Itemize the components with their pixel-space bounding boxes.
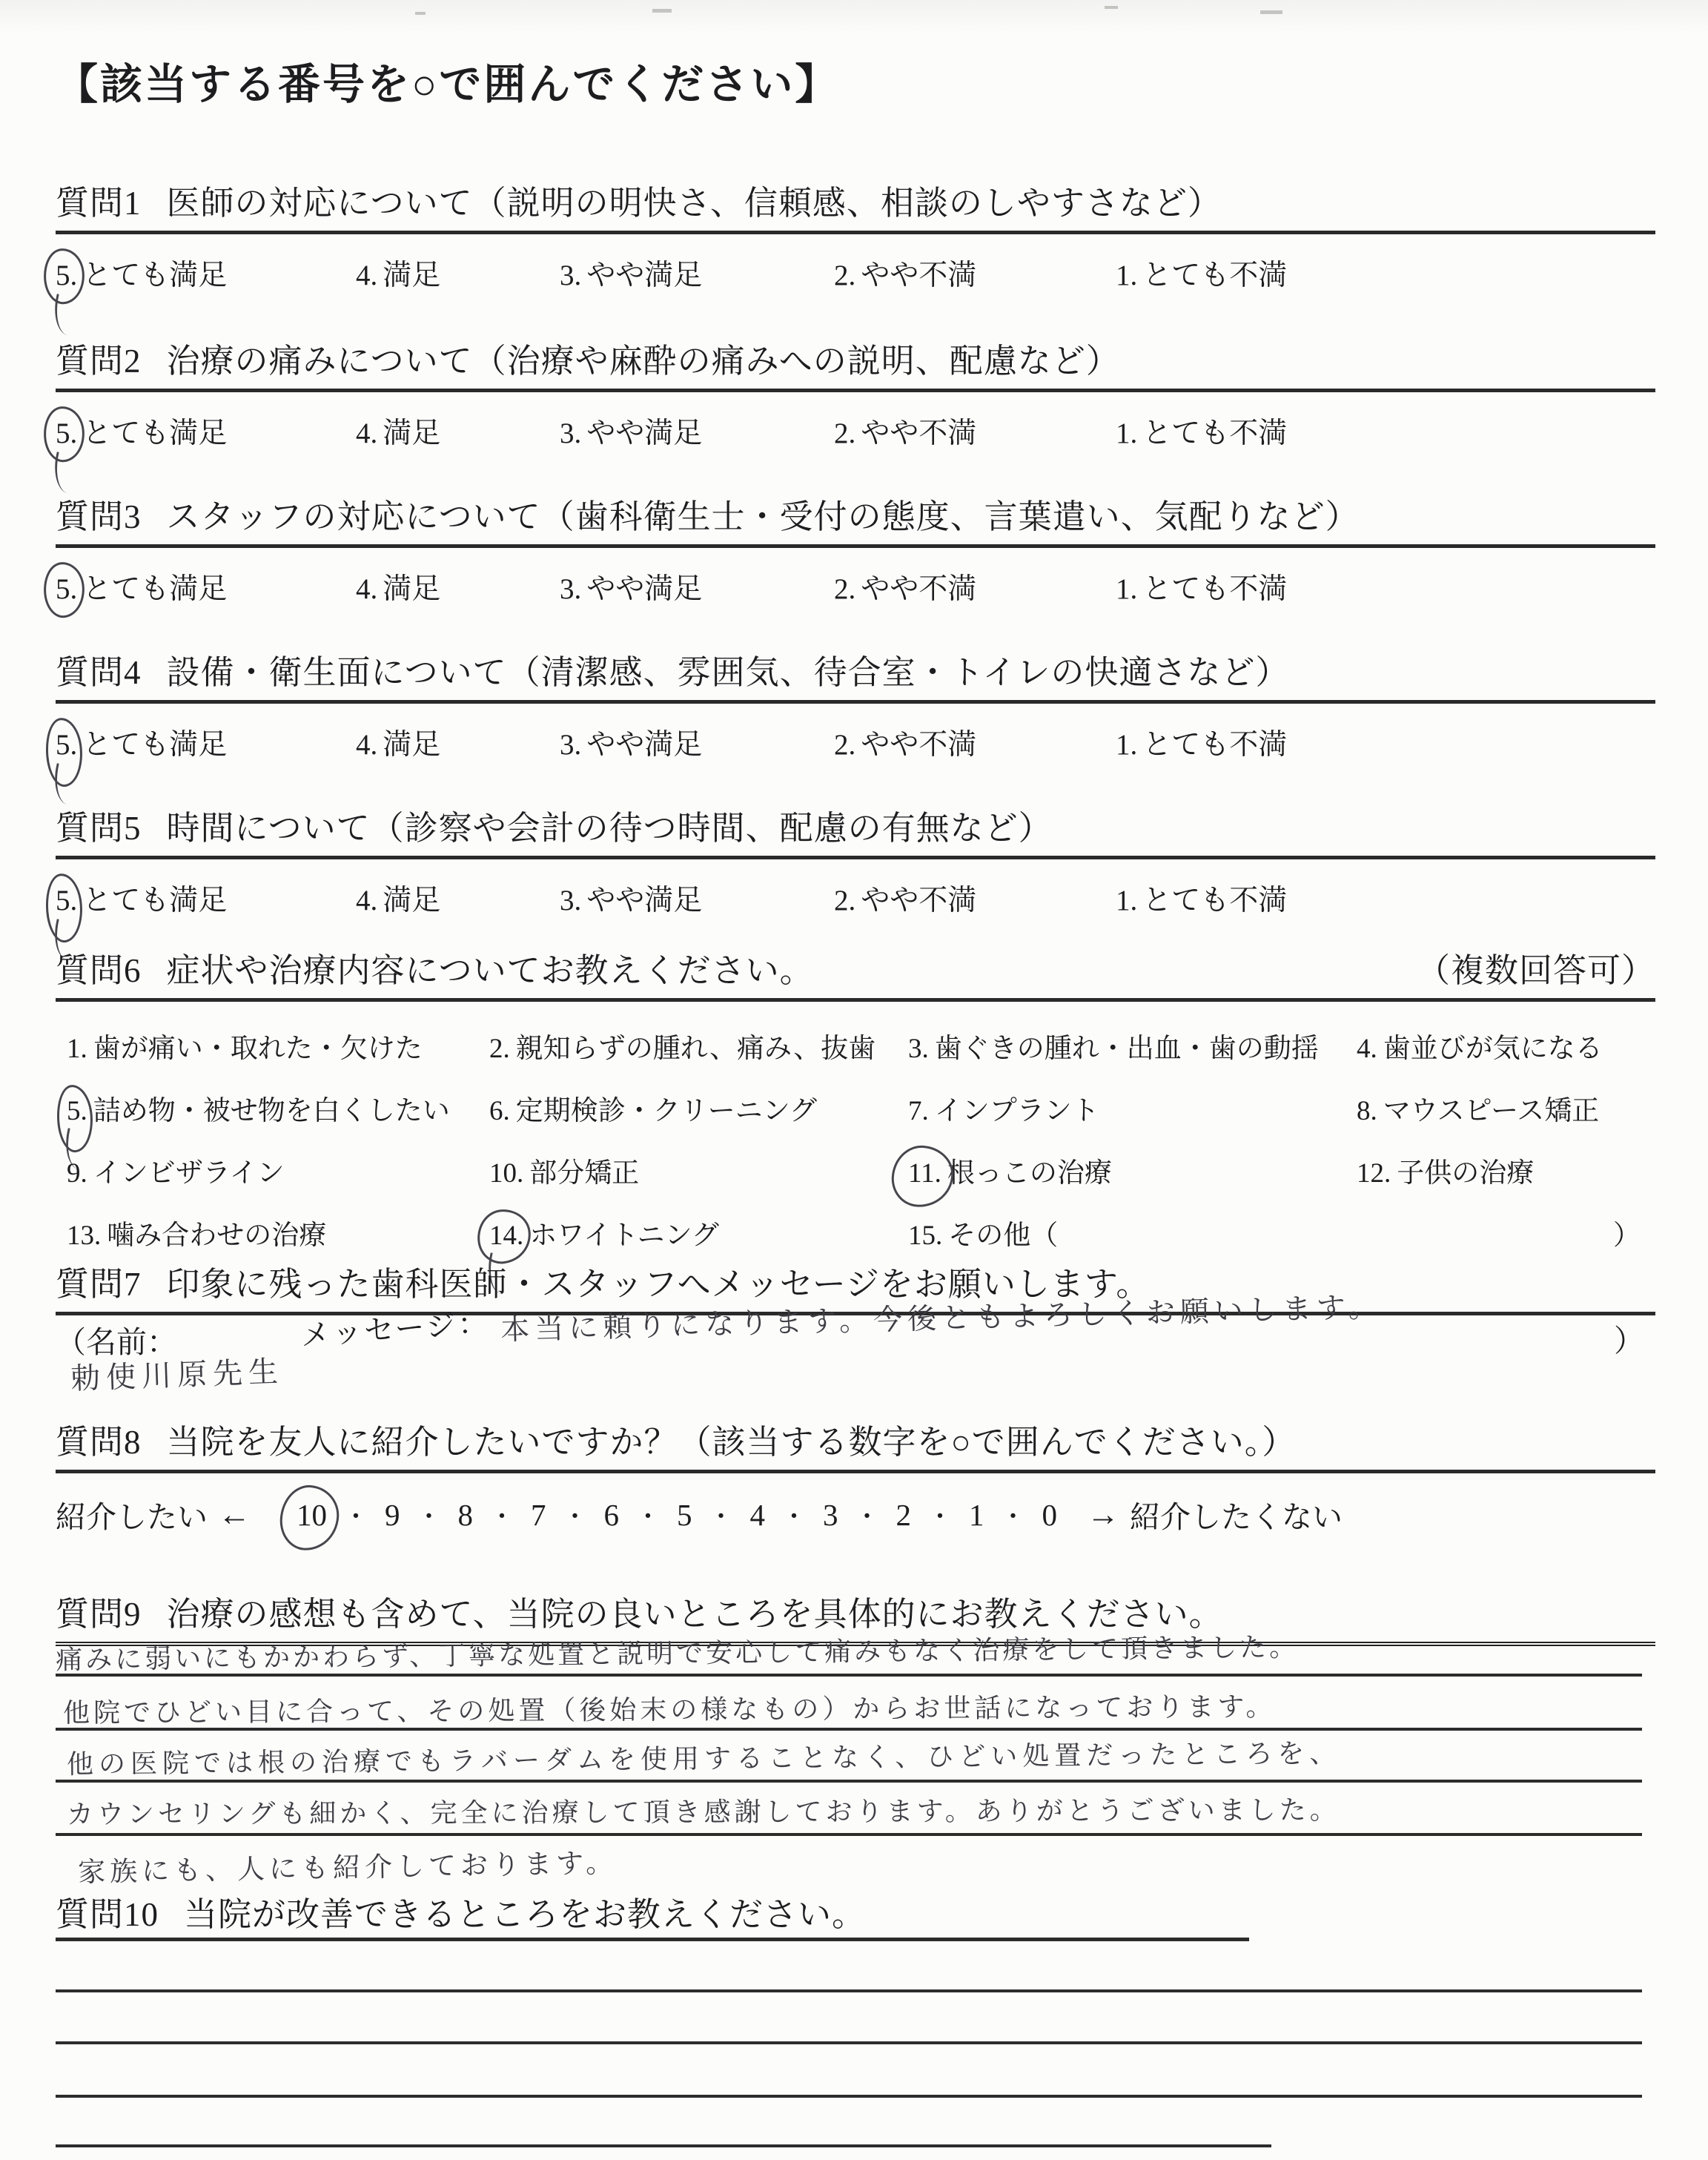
q6-option-10: 10.部分矯正 [489,1150,908,1190]
question-number: 質問7 [56,1257,142,1305]
rating-option-label: とても不満 [1142,573,1287,605]
rating-option-label: とても不満 [1142,885,1287,916]
q6-option-6: 6.定期検診・クリーニング [489,1088,908,1128]
question-title: スタッフの対応について（歯科衛生士・受付の態度、言葉遣い、気配りなど） [167,489,1360,538]
rating-option-3: 3.やや満足 [560,410,834,452]
question-5-heading: 質問5 時間について（診察や会計の待つ時間、配慮の有無など） [56,801,1655,849]
option-number: 12. [1357,1157,1391,1189]
option-number: 4. [356,884,377,917]
circled-answer-mark: 5. [67,1095,87,1127]
q6-option-7: 7.インプラント [908,1088,1357,1128]
rating-option-label: やや不満 [861,729,976,761]
option-number: 4. [356,417,377,450]
option-label: その他（ [948,1221,1058,1251]
option-label: マウスピース矯正 [1383,1096,1600,1126]
scale-number: 7 [531,1497,546,1533]
scale-number: 4 [750,1497,766,1533]
circled-answer-mark: 5. [56,259,77,292]
rating-option-1: 1.とても不満 [1116,877,1287,919]
rating-option-3: 3.やや満足 [560,566,834,607]
rating-option-label: とても不満 [1142,729,1287,761]
option-label: 親知らずの腫れ、痛み、抜歯 [516,1034,875,1064]
handwritten-doctor-name: 勅使川原先生 [70,1348,285,1398]
option-number: 4. [356,572,377,606]
rating-option-5: 5.とても満足 [56,410,356,452]
question-3-heading: 質問3 スタッフの対応について（歯科衛生士・受付の態度、言葉遣い、気配りなど） [56,489,1655,538]
rating-options-row: 5.とても満足 4.満足 3.やや満足 2.やや不満 1.とても不満 [56,877,1655,919]
scale-number: 9 [385,1497,400,1533]
circled-answer-mark: 5. [56,572,77,606]
rating-option-3: 3.やや満足 [560,721,834,763]
option-number: 3. [560,417,581,450]
option-label: 歯ぐきの腫れ・出血・歯の動揺 [935,1034,1319,1064]
q6-option-11: 11.根っこの治療 [908,1150,1357,1190]
rating-options-row: 5.とても満足 4.満足 3.やや満足 2.やや不満 1.とても不満 [56,410,1655,452]
rating-option-label: やや満足 [586,260,702,291]
q6-option-4: 4.歯並びが気になる [1357,1025,1655,1066]
q6-option-9: 9.インビザライン [67,1150,489,1190]
multiple-answers-note: （複数回答可） [1417,943,1655,991]
rating-option-2: 2.やや不満 [834,566,1116,607]
rating-options-row: 5.とても満足 4.満足 3.やや満足 2.やや不満 1.とても不満 [56,566,1655,607]
question-1-section: 質問1 医師の対応について（説明の明快さ、信頼感、相談のしやすさなど） 5.とて… [56,176,1655,294]
rating-option-4: 4.満足 [356,252,560,294]
rating-option-4: 4.満足 [356,410,560,452]
question-number: 質問5 [56,801,142,849]
question-6-heading: 質問6 症状や治療内容についてお教えください。 （複数回答可） [56,943,1655,991]
rating-option-5: 5.とても満足 [56,252,356,294]
question-title: 時間について（診察や会計の待つ時間、配慮の有無など） [167,801,1053,849]
q6-option-3: 3.歯ぐきの腫れ・出血・歯の動揺 [908,1025,1357,1066]
rating-option-label: やや不満 [861,260,976,291]
question-title: 治療の痛みについて（治療や麻酔の痛みへの説明、配慮など） [167,334,1120,382]
question-title: 症状や治療内容についてお教えください。 [167,943,814,991]
rating-option-4: 4.満足 [356,877,560,919]
left-arrow: ← [218,1496,251,1533]
scan-speck [415,12,426,15]
dot-separator: ・ [343,1496,368,1533]
rating-options-row: 5.とても満足 4.満足 3.やや満足 2.やや不満 1.とても不満 [56,721,1655,763]
option-number: 6. [489,1095,510,1127]
option-number: 2. [834,417,855,450]
question-7-section: 質問7 印象に残った歯科医師・スタッフへメッセージをお願いします。 （名前： 勅… [56,1257,1655,1413]
option-number: 2. [834,259,855,292]
option-number: 3. [560,884,581,917]
rating-option-1: 1.とても不満 [1116,252,1287,294]
q6-option-2: 2.親知らずの腫れ、痛み、抜歯 [489,1025,908,1066]
dot-separator: ・ [1001,1496,1026,1533]
answer-line [56,2041,1642,2044]
scale-number: 1 [969,1497,984,1533]
scan-edge-artifact [0,0,1708,34]
question-title: 治療の感想も含めて、当院の良いところを具体的にお教えください。 [167,1587,1223,1635]
option-number: 2. [834,884,855,917]
dot-separator: ・ [781,1496,807,1533]
rating-option-1: 1.とても不満 [1116,566,1287,607]
option-number: 3. [560,572,581,606]
q6-option-8: 8.マウスピース矯正 [1357,1088,1655,1128]
question-8-section: 質問8 当院を友人に紹介したいですか？（該当する数字を○で囲んでください。） 紹… [56,1415,1655,1536]
divider [56,856,1655,859]
option-label: インプラント [935,1096,1099,1126]
question-2-heading: 質問2 治療の痛みについて（治療や麻酔の痛みへの説明、配慮など） [56,334,1655,382]
dot-separator: ・ [563,1496,588,1533]
scale-left-label: 紹介したい [56,1493,208,1536]
circled-answer-mark: 5. [56,728,77,762]
rating-option-5: 5.とても満足 [56,566,356,607]
option-number: 1. [67,1033,87,1065]
question-number: 質問8 [56,1415,142,1463]
rating-option-label: 満足 [383,417,440,449]
page-title: 【該当する番号を○で囲んでください】 [56,50,839,111]
option-number: 4. [356,728,377,762]
option-number: 3. [908,1033,929,1065]
rating-option-label: とても満足 [82,573,227,605]
rating-option-1: 1.とても不満 [1116,721,1287,763]
rating-option-3: 3.やや満足 [560,877,834,919]
rating-option-label: 満足 [383,729,440,761]
question-number: 質問4 [56,645,142,693]
dot-separator: ・ [855,1496,880,1533]
answer-line [56,1833,1642,1836]
answer-line [56,1780,1642,1783]
question-title: 当院を友人に紹介したいですか？（該当する数字を○で囲んでください。） [167,1415,1297,1463]
option-number: 2. [834,728,855,762]
question-8-heading: 質問8 当院を友人に紹介したいですか？（該当する数字を○で囲んでください。） [56,1415,1655,1463]
question-9-heading: 質問9 治療の感想も含めて、当院の良いところを具体的にお教えください。 [56,1587,1655,1635]
option-label: 歯が痛い・取れた・欠けた [93,1034,423,1064]
option-label: 噛み合わせの治療 [107,1221,326,1251]
right-arrow: → [1087,1496,1119,1533]
message-field-label: メッセージ： [299,1299,491,1355]
option-label: 定期検診・クリーニング [516,1096,817,1126]
handwritten-feedback-line-2: 他院でひどい目に合って、その処置（後始末の様なもの）からお世話になっております。 [63,1686,1277,1731]
q6-option-13: 13.噛み合わせの治療 [67,1212,489,1252]
option-number: 3. [560,728,581,762]
circled-answer-mark: 5. [56,417,77,450]
question-title: 当院が改善できるところをお教えください。 [184,1887,866,1935]
option-number: 1. [1116,884,1137,917]
rating-option-2: 2.やや不満 [834,877,1116,919]
option-number: 2. [489,1033,510,1065]
option-number: 3. [560,259,581,292]
question-number: 質問9 [56,1587,142,1635]
close-paren: ） [1614,1316,1644,1360]
q6-option-14: 14.ホワイトニング [489,1212,908,1252]
divider [56,700,1655,704]
rating-option-label: とても不満 [1142,260,1287,291]
rating-option-label: やや不満 [861,417,976,449]
scale-number: 6 [604,1497,620,1533]
scale-right-label: 紹介したくない [1130,1493,1343,1536]
question-2-section: 質問2 治療の痛みについて（治療や麻酔の痛みへの説明、配慮など） 5.とても満足… [56,334,1655,452]
option-number: 7. [908,1095,929,1127]
circled-answer-mark: 14. [489,1220,523,1252]
rating-option-label: やや不満 [861,573,976,605]
question-number: 質問3 [56,489,142,538]
q6-option-12: 12.子供の治療 [1357,1150,1655,1190]
rating-option-label: とても不満 [1142,417,1287,449]
rating-option-3: 3.やや満足 [560,252,834,294]
option-label: インビザライン [93,1158,285,1189]
question-4-heading: 質問4 設備・衛生面について（清潔感、雰囲気、待合室・トイレの快適さなど） [56,645,1655,693]
question-number: 質問6 [56,943,142,991]
rating-option-label: やや満足 [586,417,702,449]
option-label: ホワイトニング [529,1221,719,1251]
scale-number: 3 [823,1497,838,1533]
scanned-survey-page: 【該当する番号を○で囲んでください】 質問1 医師の対応について（説明の明快さ、… [0,0,1708,2160]
option-label: 部分矯正 [529,1158,639,1189]
option-number: 4. [1357,1033,1377,1065]
option-number: 2. [834,572,855,606]
symptom-options-grid: 1.歯が痛い・取れた・欠けた 2.親知らずの腫れ、痛み、抜歯 3.歯ぐきの腫れ・… [67,1025,1655,1252]
divider [56,1938,1249,1941]
rating-option-4: 4.満足 [356,721,560,763]
handwritten-feedback-line-3: 他の医院では根の治療でもラバーダムを使用することなく、ひどい処置だったところを、 [67,1732,1342,1781]
scan-speck [652,9,672,13]
scan-speck [1260,10,1282,14]
option-number: 4. [356,259,377,292]
rating-option-2: 2.やや不満 [834,410,1116,452]
answer-line [56,2095,1642,2098]
rating-option-2: 2.やや不満 [834,252,1116,294]
answer-line [56,2144,1271,2147]
option-number: 9. [67,1157,87,1189]
rating-option-label: 満足 [383,573,440,605]
option-number: 10. [489,1157,523,1189]
rating-option-5: 5.とても満足 [56,721,356,763]
rating-option-label: 満足 [383,885,440,916]
question-10-heading: 質問10 当院が改善できるところをお教えください。 [56,1887,1655,1935]
option-number: 13. [67,1220,101,1252]
q6-option-5: 5.詰め物・被せ物を白くしたい [67,1088,489,1128]
question-6-section: 質問6 症状や治療内容についてお教えください。 （複数回答可） 1.歯が痛い・取… [56,943,1655,1252]
q6-option-15: 15.その他（ [908,1212,1357,1252]
option-number: 15. [908,1220,942,1252]
rating-option-label: やや満足 [586,885,702,916]
question-1-heading: 質問1 医師の対応について（説明の明快さ、信頼感、相談のしやすさなど） [56,176,1655,224]
answer-line [56,1989,1642,1992]
option-label: 子供の治療 [1397,1158,1534,1189]
question-number: 質問1 [56,176,142,224]
divider [56,389,1655,392]
divider [56,231,1655,234]
option-number: 1. [1116,572,1137,606]
option-number: 1. [1116,259,1137,292]
dot-separator: ・ [635,1496,661,1533]
rating-options-row: 5.とても満足 4.満足 3.やや満足 2.やや不満 1.とても不満 [56,252,1655,294]
question-4-section: 質問4 設備・衛生面について（清潔感、雰囲気、待合室・トイレの快適さなど） 5.… [56,645,1655,763]
rating-option-label: とても満足 [82,885,227,916]
circled-answer-mark: 10 [297,1497,327,1533]
q6-other-close-paren: ） [1357,1212,1655,1252]
scale-number: 8 [458,1497,474,1533]
scale-number: 0 [1042,1497,1058,1533]
divider [56,544,1655,548]
option-label: 詰め物・被せ物を白くしたい [93,1096,450,1126]
question-number: 質問2 [56,334,142,382]
option-label: 根っこの治療 [947,1158,1112,1189]
question-number: 質問10 [56,1887,159,1935]
option-label: 歯並びが気になる [1383,1034,1603,1064]
circled-answer-mark: 11. [908,1157,941,1189]
q6-option-1: 1.歯が痛い・取れた・欠けた [67,1025,489,1066]
rating-option-label: やや満足 [586,729,702,761]
rating-option-5: 5.とても満足 [56,877,356,919]
rating-option-2: 2.やや不満 [834,721,1116,763]
divider [56,1470,1655,1473]
divider [56,998,1655,1002]
rating-option-label: やや満足 [586,573,702,605]
question-9-section: 質問9 治療の感想も含めて、当院の良いところを具体的にお教えください。 痛みに弱… [56,1587,1655,1883]
scale-numbers: 10・ 9・ 8・ 7・ 6・ 5・ 4・ 3・ 2・ 1・ 0 [297,1496,1057,1533]
question-title: 設備・衛生面について（清潔感、雰囲気、待合室・トイレの快適さなど） [167,645,1290,693]
option-number: 8. [1357,1095,1377,1127]
rating-option-4: 4.満足 [356,566,560,607]
rating-option-label: 満足 [383,260,440,291]
rating-option-label: とても満足 [82,417,227,449]
question-title: 医師の対応について（説明の明快さ、信頼感、相談のしやすさなど） [167,176,1222,224]
handwritten-feedback-line-4: カウンセリングも細かく、完全に治療して頂き感謝しております。ありがとうございまし… [67,1789,1340,1832]
scan-speck [1105,6,1118,9]
handwritten-feedback-line-5: 家族にも、人にも紹介しております。 [78,1840,618,1890]
recommendation-scale-row: 紹介したい ← 10・ 9・ 8・ 7・ 6・ 5・ 4・ 3・ 2・ 1・ 0… [56,1493,1655,1536]
circled-answer-mark: 5. [56,884,77,917]
question-3-section: 質問3 スタッフの対応について（歯科衛生士・受付の態度、言葉遣い、気配りなど） … [56,489,1655,607]
dot-separator: ・ [709,1496,734,1533]
question-10-section: 質問10 当院が改善できるところをお教えください。 [56,1887,1655,2154]
option-number: 1. [1116,728,1137,762]
dot-separator: ・ [417,1496,442,1533]
rating-option-1: 1.とても不満 [1116,410,1287,452]
question-5-section: 質問5 時間について（診察や会計の待つ時間、配慮の有無など） 5.とても満足 4… [56,801,1655,919]
rating-option-label: やや不満 [861,885,976,916]
scale-number: 5 [677,1497,692,1533]
dot-separator: ・ [489,1496,514,1533]
scale-number: 2 [896,1497,912,1533]
option-number: 1. [1116,417,1137,450]
rating-option-label: とても満足 [82,260,227,291]
rating-option-label: とても満足 [82,729,227,761]
dot-separator: ・ [927,1496,953,1533]
